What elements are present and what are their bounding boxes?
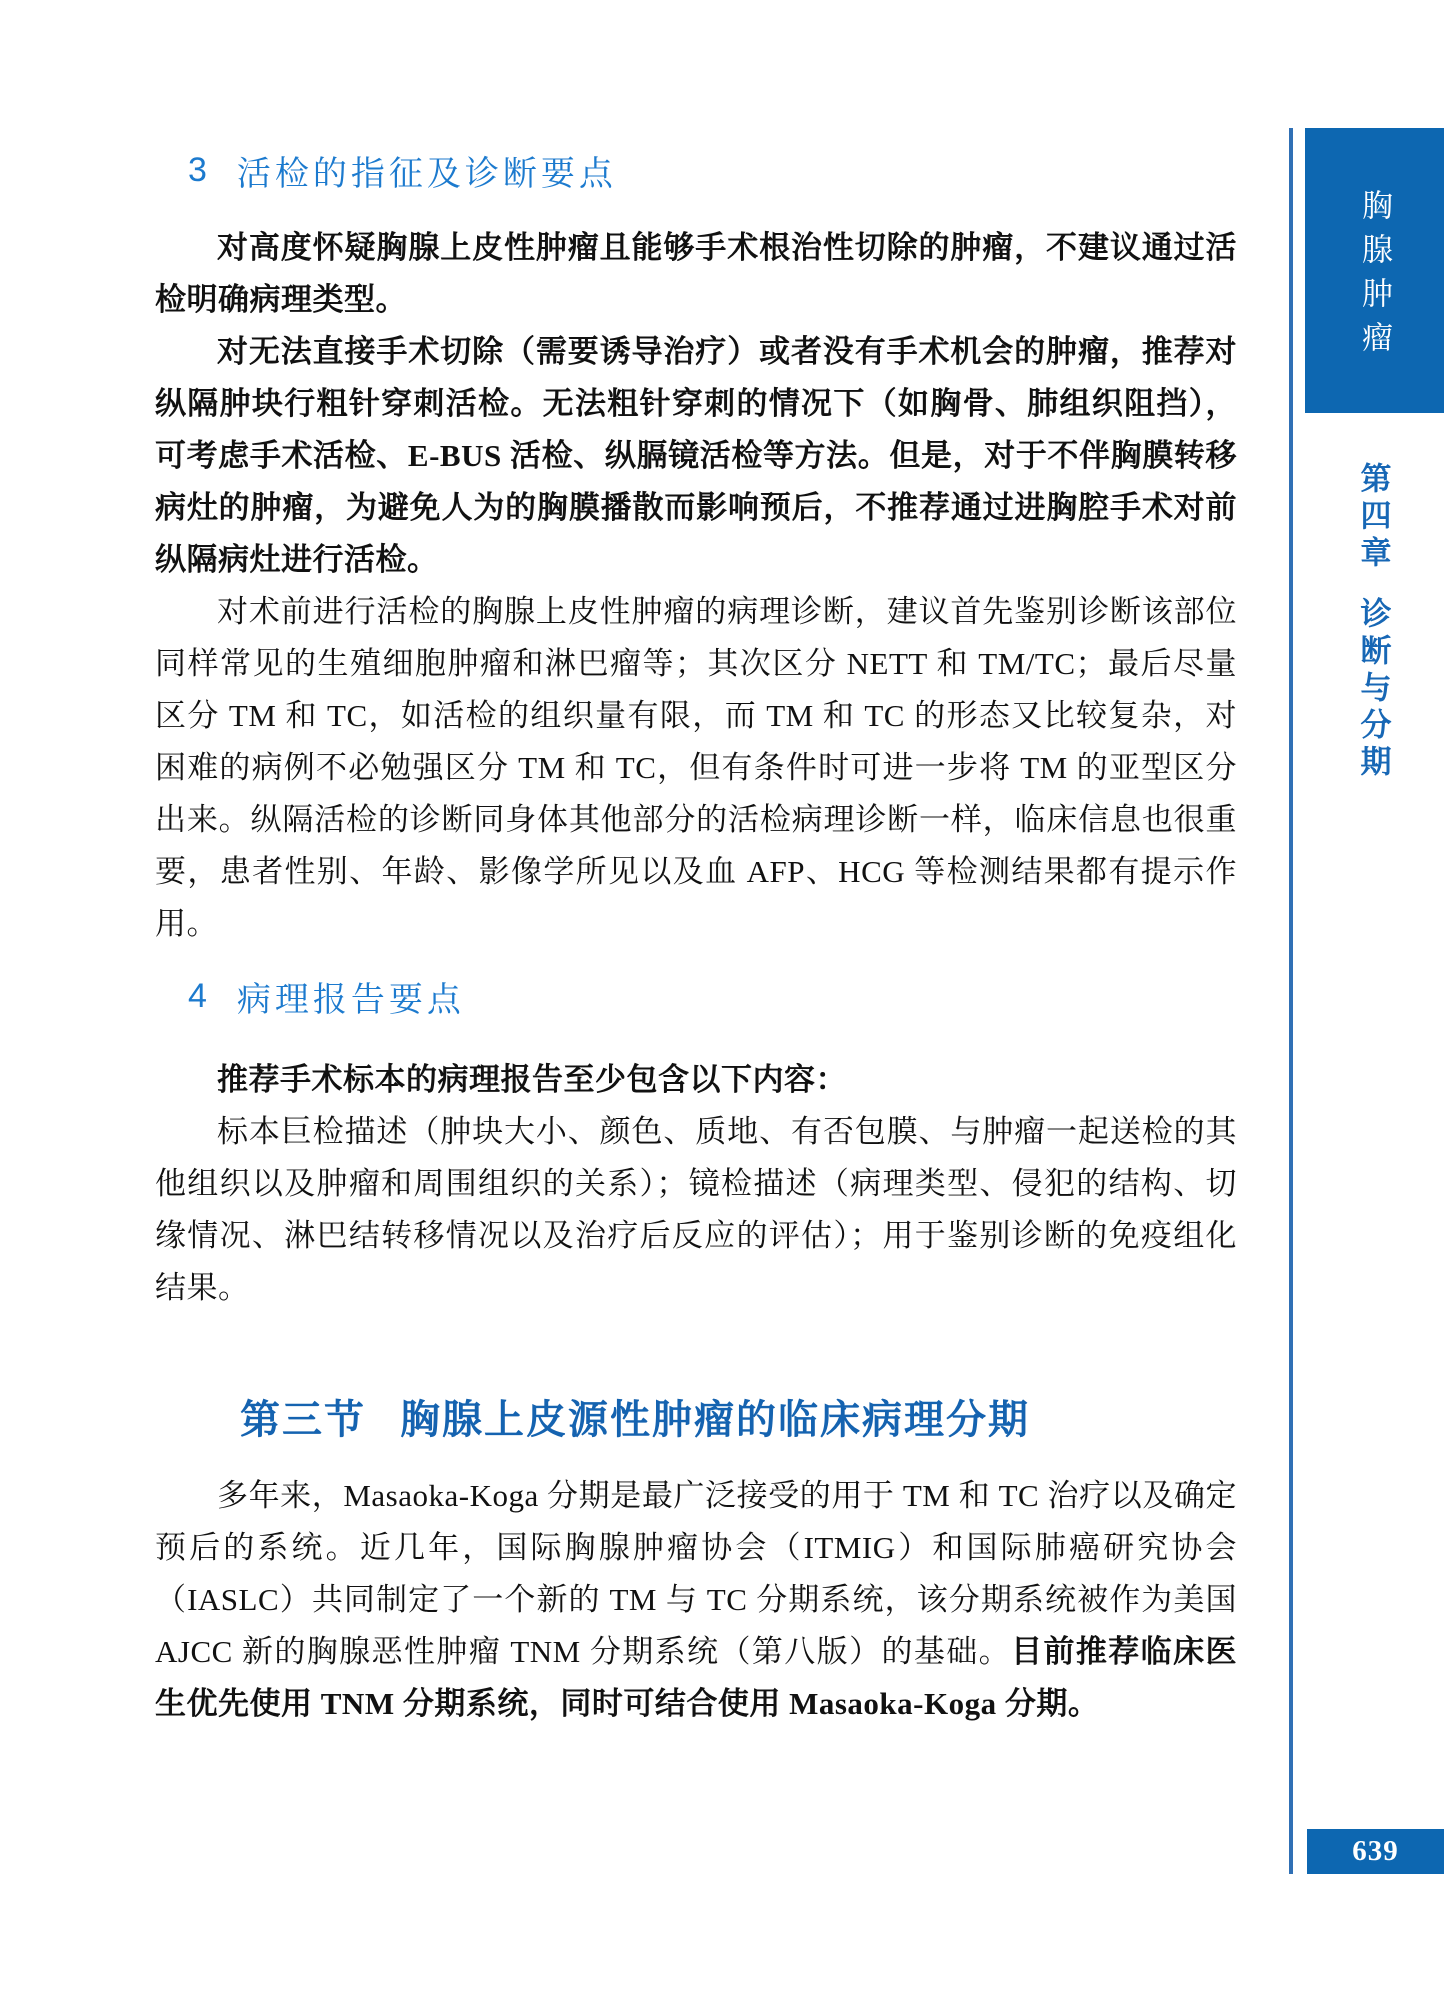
sidebar-chapter-subtitle: 诊断与分期 [1351,597,1396,782]
heading-4-title: 病理报告要点 [237,972,465,1021]
section-3-label: 第三节 [240,1397,366,1442]
page-number-badge: 639 [1307,1829,1444,1874]
sidebar-chapter-number: 第四章 [1351,462,1396,573]
sidebar-vertical-rule [1289,128,1293,1874]
section-3-text: 胸腺上皮源性肿瘤的临床病理分期 [400,1397,1030,1442]
heading-3-biopsy: 3 活检的指征及诊断要点 [155,148,1237,192]
heading-4-pathology-report: 4 病理报告要点 [155,974,1237,1018]
sidebar-chapter-marker: 第四章诊断与分期 [1347,462,1399,782]
paragraph-staging: 多年来，Masaoka-Koga 分期是最广泛接受的用于 TM 和 TC 治疗以… [155,1470,1237,1730]
sidebar-tab-label: 胸腺肿瘤 [1352,176,1397,365]
paragraph-report-intro: 推荐手术标本的病理报告至少包含以下内容： [155,1054,1237,1106]
paragraph-report-detail: 标本巨检描述（肿块大小、颜色、质地、有否包膜、与肿瘤一起送检的其他组织以及肿瘤和… [155,1106,1237,1314]
section-3-title: 第三节胸腺上皮源性肿瘤的临床病理分期 [155,1392,1237,1448]
heading-3-number: 3 [188,151,207,190]
sidebar-chapter-tab: 胸腺肿瘤 [1305,128,1444,413]
paragraph-biopsy-2: 对无法直接手术切除（需要诱导治疗）或者没有手术机会的肿瘤，推荐对纵隔肿块行粗针穿… [155,326,1237,586]
paragraph-biopsy-3: 对术前进行活检的胸腺上皮性肿瘤的病理诊断，建议首先鉴别诊断该部位同样常见的生殖细… [155,586,1237,950]
sidebar-chapter-text: 第四章诊断与分期 [1351,462,1396,782]
book-page: 3 活检的指征及诊断要点 对高度怀疑胸腺上皮性肿瘤且能够手术根治性切除的肿瘤，不… [0,0,1444,2010]
paragraph-biopsy-1: 对高度怀疑胸腺上皮性肿瘤且能够手术根治性切除的肿瘤，不建议通过活检明确病理类型。 [155,222,1237,326]
page-number: 639 [1352,1835,1399,1868]
heading-4-number: 4 [188,977,207,1016]
main-text-column: 3 活检的指征及诊断要点 对高度怀疑胸腺上皮性肿瘤且能够手术根治性切除的肿瘤，不… [155,148,1237,1730]
heading-3-title: 活检的指征及诊断要点 [237,146,617,195]
